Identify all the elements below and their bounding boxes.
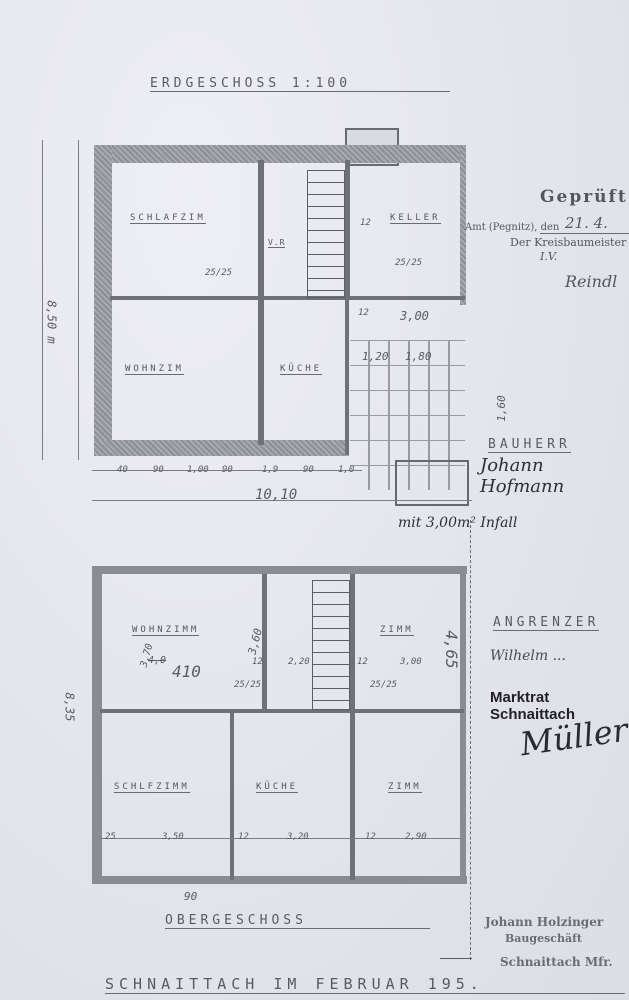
dim-annex-b: 1,80 [405,350,432,363]
approval-place: Amt (Pegnitz), den [465,222,559,233]
dim-zimm-width: 3,00 [400,657,422,667]
wall-annex-west [345,300,349,455]
footer-place-date: SCHNAITTACH IM FEBRUAR 195. [105,975,625,994]
upper-wall-v2 [350,574,355,880]
dim-total-width: 10,10 [255,487,297,503]
dim-wohn-width-corrected: 410 [172,662,201,681]
dim-chain-6: 1,0 [338,465,354,475]
wall-west [94,145,112,455]
upper-room-label-zimmer-2: ZIMM [388,782,422,793]
dim-line-depth [42,140,43,460]
architect-line3: Schnaittach Mfr. [500,955,613,969]
upper-room-label-schlafzimmer: SCHLFZIMM [114,782,190,793]
neighbours-name: Wilhelm ... [490,648,566,664]
approval-heading: Geprüft [540,187,628,207]
upper-wall-v3 [230,712,234,880]
upper-wall-v1 [262,574,267,710]
upper-room-label-zimmer-1: ZIMM [380,625,414,636]
dim-line-side-chain [78,140,79,460]
upper-room-label-kueche: KÜCHE [256,782,298,793]
dim-chain-2: 1,00 [187,465,209,475]
wall-south [94,440,349,456]
neighbours-heading: ANGRENZER [493,615,599,631]
dim-chain-4: 1,9 [262,465,278,475]
dim-annex-depth: 1,60 [495,395,508,422]
ground-floor-note: mit 3,00m² Infall [398,515,517,531]
wall-interior-v1 [258,160,264,445]
border-line-end [440,958,472,959]
dim-stair-wall: 12 [360,218,371,228]
dim-ratio-2: 25/25 [395,258,422,268]
dim-upper-wall-12b: 12 [357,657,368,667]
room-label-kueche: KÜCHE [280,364,322,375]
ground-floor-title: ERDGESCHOSS 1:100 [150,76,450,92]
approval-date-line [540,233,629,234]
approval-authority: Der Kreisbaumeister [510,236,626,249]
upper-staircase [312,580,350,710]
dim-ratio-upper-2: 25/25 [370,680,397,690]
upper-wall-north [92,566,467,574]
staircase [307,170,345,298]
dim-chain-5: 90 [303,465,314,475]
dim-ratio-upper-1: 25/25 [234,680,261,690]
upper-wall-h [100,709,464,713]
border-line [470,520,471,960]
dim-chain-0: 40 [117,465,128,475]
approval-date: 21. 4. [565,214,608,232]
dim-annex-a: 1,20 [362,350,389,363]
upper-wall-west [92,566,102,881]
dim-kueche-width: 3,20 [287,832,309,842]
builder-heading: BAUHERR [488,437,571,453]
dim-zimm2-width: 2,90 [405,832,427,842]
wall-stair [345,160,350,300]
room-label-vr: V.R [268,238,285,248]
upper-floor-title: OBERGESCHOSS [165,913,430,929]
dim-left-side: 8,35 [62,693,76,722]
dim-upper-wall-12a: 12 [252,657,263,667]
dim-wall-12: 12 [358,308,369,318]
dim-upper-row-25: 25 [105,832,116,842]
architect-line1: Johann Holzinger [485,915,603,929]
wall-north [94,145,464,163]
approval-signature: Reindl [565,272,617,291]
builder-name: Johann Hofmann [480,455,629,497]
dim-total-depth: 8,50 m [45,300,59,343]
dim-upper-row-12: 12 [238,832,249,842]
room-label-keller: KELLER [390,213,441,224]
room-label-schlafzimmer: SCHLAFZIM [130,213,206,224]
dim-chain-1: 90 [153,465,164,475]
dim-annex-width: 3,00 [400,309,429,323]
dim-upper-row-12b: 12 [365,832,376,842]
dim-schlaf-width: 3,50 [162,832,184,842]
upper-wall-east [460,566,466,884]
room-label-wohnzimmer: WOHNZIM [125,364,184,375]
architect-line2: Baugeschäft [505,932,582,945]
dim-door-90: 90 [184,890,197,903]
upper-room-label-wohnzimmer: WOHNZIMM [132,625,199,636]
dim-right-side: 4,65 [442,630,461,669]
approval-iv: I.V. [540,250,557,263]
upper-wall-south [92,876,467,884]
wall-interior-h [110,296,465,300]
dim-ratio-1: 25/25 [205,268,232,278]
dim-stair-gap: 2,20 [288,657,310,667]
dim-chain-3: 90 [222,465,233,475]
